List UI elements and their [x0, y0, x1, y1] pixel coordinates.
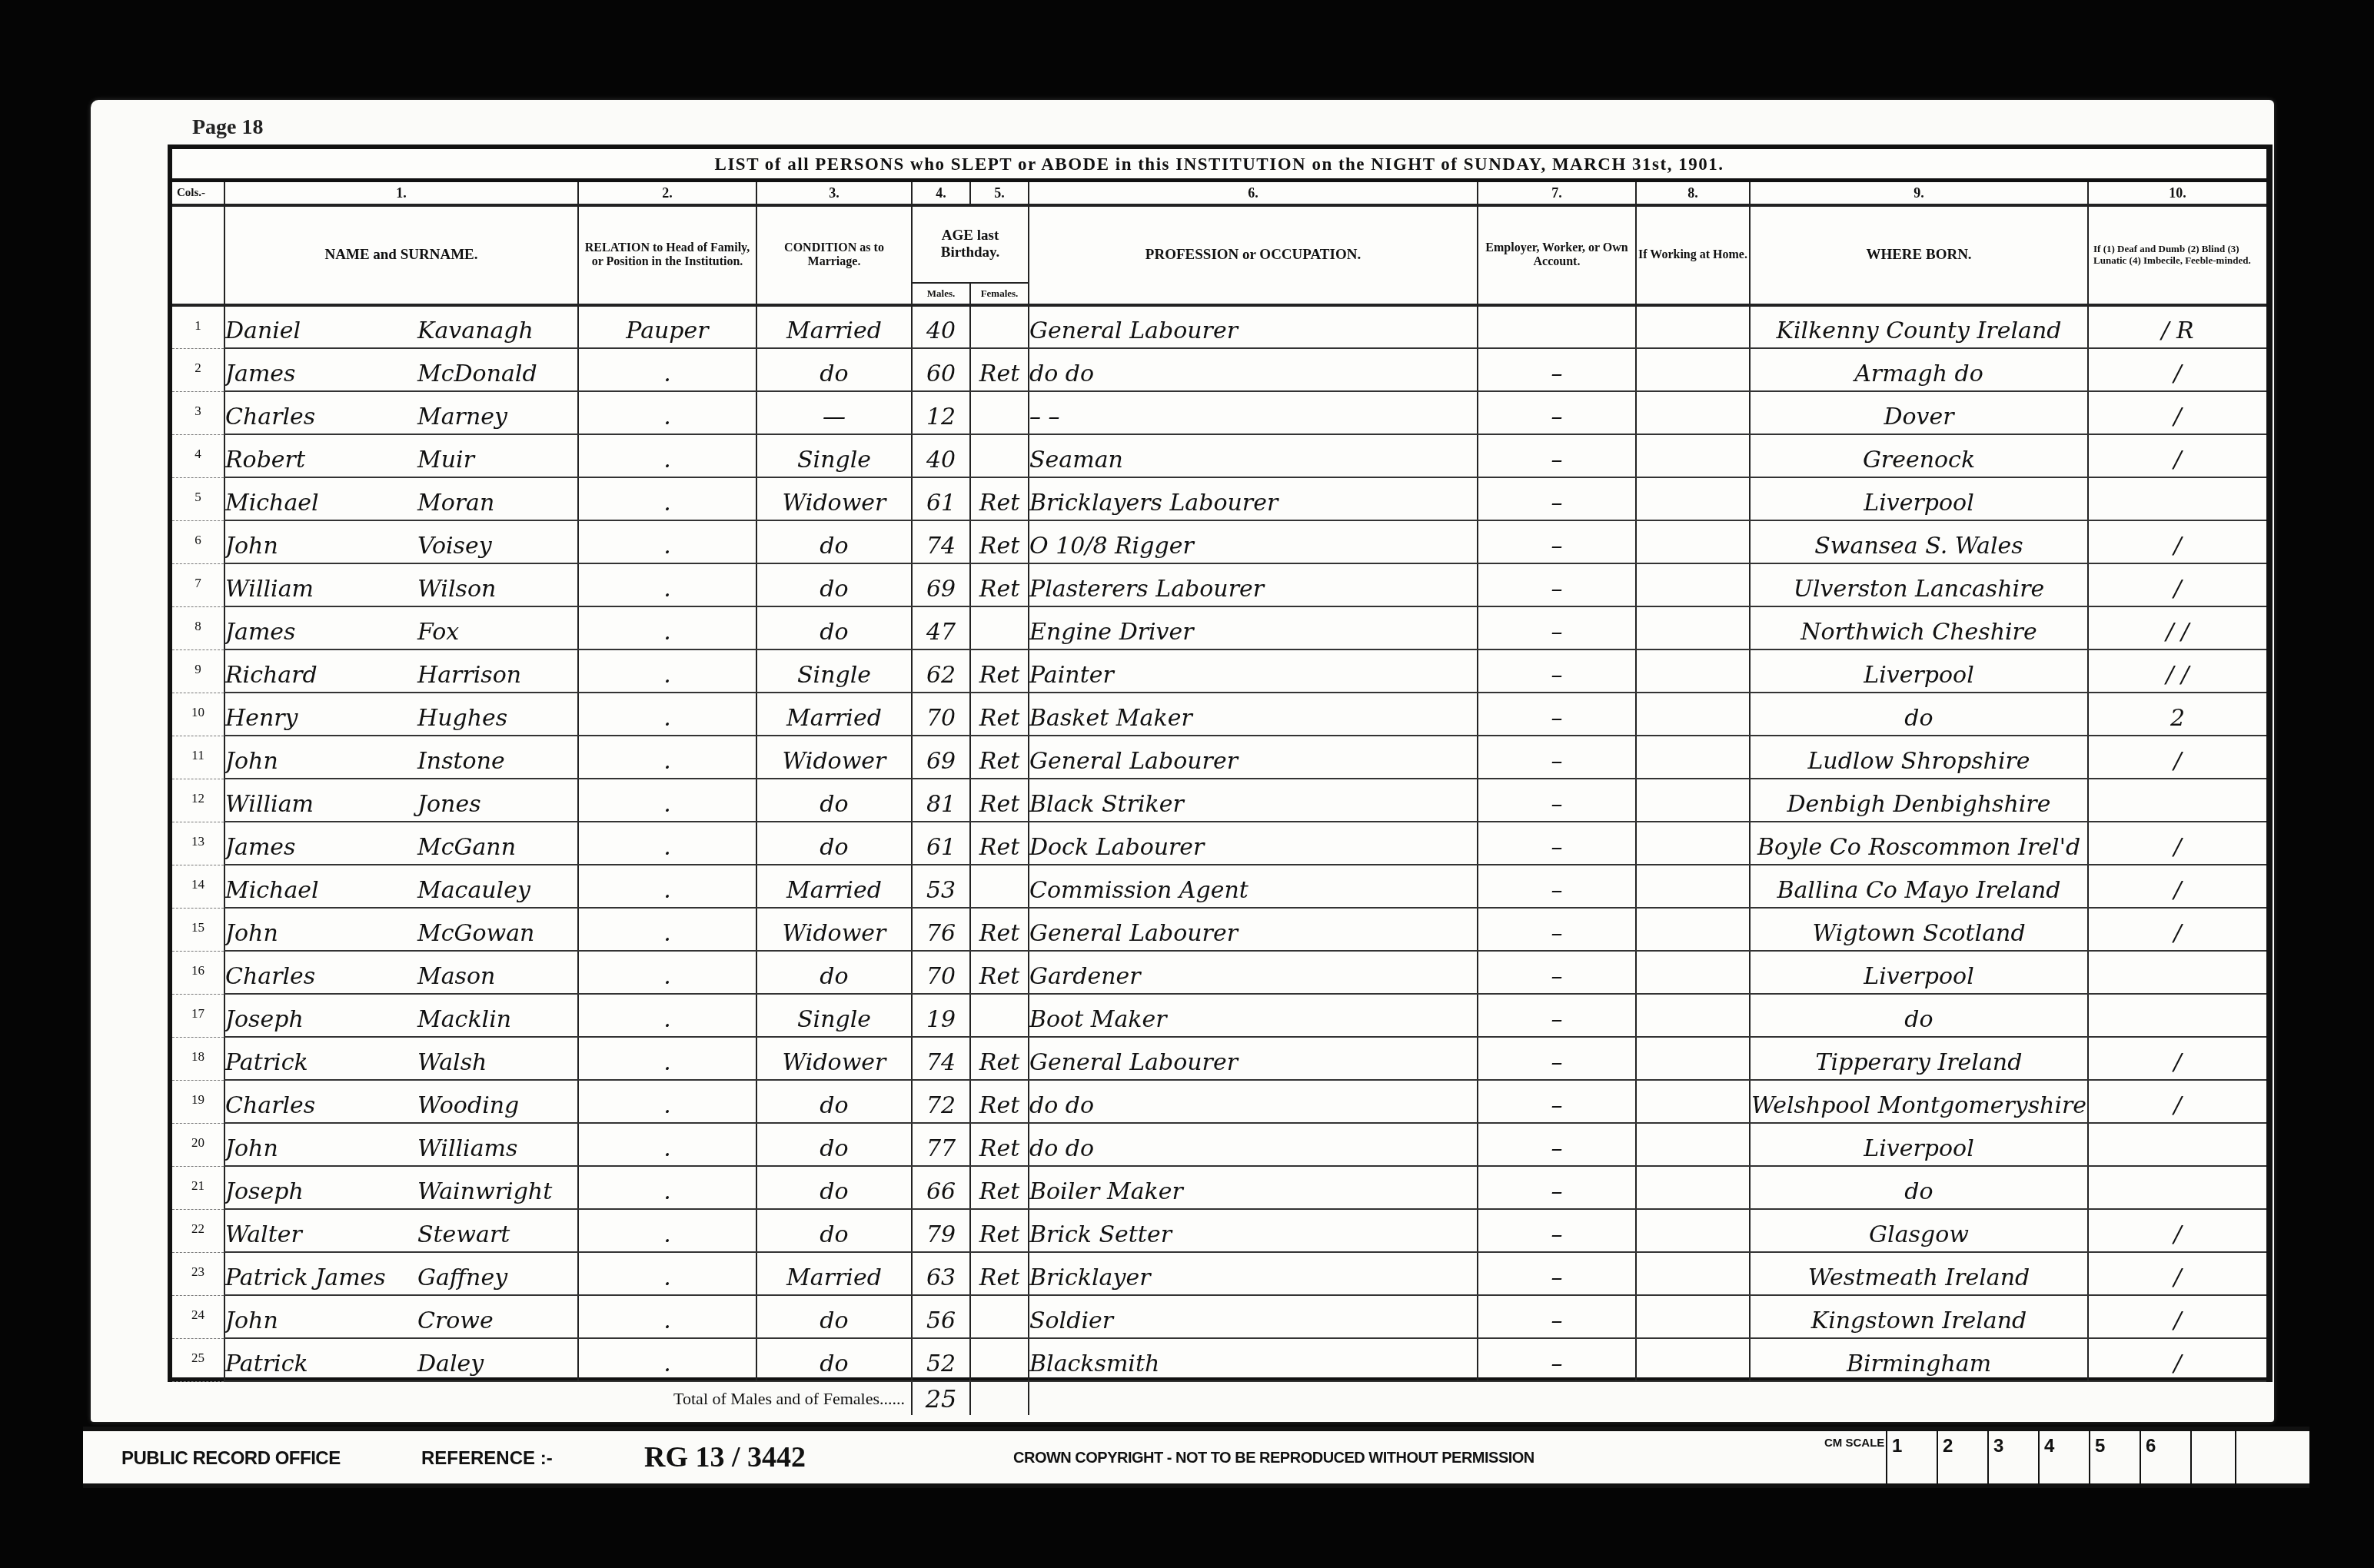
surname: Kavanagh [417, 317, 534, 344]
relation: . [578, 693, 756, 736]
relation: . [578, 563, 756, 606]
person-name: PatrickWalsh [224, 1037, 578, 1080]
relation: . [578, 822, 756, 865]
surname: Gaffney [417, 1264, 507, 1291]
relation: . [578, 1209, 756, 1252]
relation: . [578, 736, 756, 779]
where-born: Boyle Co Roscommon Irel'd [1750, 822, 2088, 865]
working-at-home [1636, 1209, 1750, 1252]
row-number: 2 [172, 348, 224, 391]
employer-status: – [1478, 563, 1636, 606]
first-name: John [225, 748, 417, 775]
cols-label: Cols.- [172, 182, 224, 205]
age-male: 74 [912, 520, 970, 563]
relation: Pauper [578, 305, 756, 348]
infirmity: / [2088, 1080, 2266, 1123]
age-male: 53 [912, 865, 970, 908]
census-row: 4 RobertMuir . Single 40 Seaman – Greeno… [172, 434, 2266, 477]
infirmity: / [2088, 520, 2266, 563]
where-born: do [1750, 693, 2088, 736]
row-number: 19 [172, 1080, 224, 1123]
first-name: Robert [225, 447, 417, 473]
surname: Moran [417, 490, 494, 517]
marital-condition: do [756, 1166, 912, 1209]
employer-status: – [1478, 951, 1636, 994]
person-name: JamesFox [224, 606, 578, 649]
cm-scale-label: CM SCALE [1824, 1437, 1884, 1450]
where-born: Liverpool [1750, 477, 2088, 520]
row-number: 23 [172, 1252, 224, 1295]
header-occupation: PROFESSION or OCCUPATION. [1029, 205, 1478, 305]
row-number: 6 [172, 520, 224, 563]
header-where-born: WHERE BORN. [1750, 205, 2088, 305]
working-at-home [1636, 1080, 1750, 1123]
census-row: 10 HenryHughes . Married 70 Ret Basket M… [172, 693, 2266, 736]
where-born: Greenock [1750, 434, 2088, 477]
row-number: 10 [172, 693, 224, 736]
scale-mark: 5 [2089, 1431, 2140, 1483]
person-name: MichaelMoran [224, 477, 578, 520]
employer-status: – [1478, 649, 1636, 693]
working-at-home [1636, 520, 1750, 563]
row-number: 21 [172, 1166, 224, 1209]
age-male: 52 [912, 1338, 970, 1381]
person-name: Patrick JamesGaffney [224, 1252, 578, 1295]
marital-condition: Single [756, 649, 912, 693]
census-row: 13 JamesMcGann . do 61 Ret Dock Labourer… [172, 822, 2266, 865]
census-row: 16 CharlesMason . do 70 Ret Gardener – L… [172, 951, 2266, 994]
census-rows: 1 DanielKavanagh Pauper Married 40 Gener… [172, 305, 2266, 1415]
infirmity: / [2088, 1295, 2266, 1338]
marital-condition: do [756, 1123, 912, 1166]
marital-condition: Widower [756, 477, 912, 520]
occupation: Dock Labourer [1029, 822, 1478, 865]
person-name: JamesMcDonald [224, 348, 578, 391]
where-born: do [1750, 994, 2088, 1037]
age-male: 40 [912, 434, 970, 477]
age-male: 19 [912, 994, 970, 1037]
infirmity: / [2088, 908, 2266, 951]
age-female-col [970, 1338, 1029, 1381]
first-name: John [225, 920, 417, 947]
census-row: 20 JohnWilliams . do 77 Ret do do – Live… [172, 1123, 2266, 1166]
age-male: 77 [912, 1123, 970, 1166]
occupation: Bricklayers Labourer [1029, 477, 1478, 520]
employer-status: – [1478, 693, 1636, 736]
occupation: Engine Driver [1029, 606, 1478, 649]
first-name: Richard [225, 662, 417, 689]
person-name: WilliamJones [224, 779, 578, 822]
person-name: CharlesMason [224, 951, 578, 994]
marital-condition: do [756, 563, 912, 606]
relation: . [578, 1166, 756, 1209]
age-female-col: Ret [970, 1080, 1029, 1123]
age-female-col: Ret [970, 1252, 1029, 1295]
working-at-home [1636, 391, 1750, 434]
marital-condition: do [756, 1209, 912, 1252]
relation: . [578, 520, 756, 563]
scale-mark: 1 [1886, 1431, 1937, 1483]
age-female-col: Ret [970, 477, 1029, 520]
person-name: JosephMacklin [224, 994, 578, 1037]
age-female-col: Ret [970, 951, 1029, 994]
col-number: 1. [224, 182, 578, 205]
occupation: General Labourer [1029, 736, 1478, 779]
working-at-home [1636, 563, 1750, 606]
employer-status: – [1478, 908, 1636, 951]
working-at-home [1636, 348, 1750, 391]
census-sheet: LIST of all PERSONS who SLEPT or ABODE i… [168, 145, 2273, 1382]
surname: Stewart [417, 1221, 510, 1248]
row-number: 16 [172, 951, 224, 994]
census-row: 19 CharlesWooding . do 72 Ret do do – We… [172, 1080, 2266, 1123]
row-number: 3 [172, 391, 224, 434]
first-name: Henry [225, 705, 417, 732]
row-number: 13 [172, 822, 224, 865]
relation: . [578, 1080, 756, 1123]
census-row: 2 JamesMcDonald . do 60 Ret do do – Arma… [172, 348, 2266, 391]
infirmity: / [2088, 822, 2266, 865]
marital-condition: Widower [756, 736, 912, 779]
first-name: William [225, 576, 417, 603]
working-at-home [1636, 951, 1750, 994]
relation: . [578, 994, 756, 1037]
age-male: 79 [912, 1209, 970, 1252]
where-born: Dover [1750, 391, 2088, 434]
employer-status: – [1478, 348, 1636, 391]
marital-condition: Married [756, 305, 912, 348]
age-male: 62 [912, 649, 970, 693]
infirmity [2088, 994, 2266, 1037]
census-row: 25 PatrickDaley . do 52 Blacksmith – Bir… [172, 1338, 2266, 1381]
col-number: 4. [912, 182, 970, 205]
row-number-header [172, 205, 224, 305]
employer-status: – [1478, 520, 1636, 563]
where-born: Armagh do [1750, 348, 2088, 391]
employer-status: – [1478, 1080, 1636, 1123]
marital-condition: Married [756, 865, 912, 908]
person-name: DanielKavanagh [224, 305, 578, 348]
surname: Harrison [417, 662, 521, 689]
occupation: Soldier [1029, 1295, 1478, 1338]
age-female-col: Ret [970, 779, 1029, 822]
person-name: WilliamWilson [224, 563, 578, 606]
working-at-home [1636, 606, 1750, 649]
first-name: John [225, 1135, 417, 1162]
relation: . [578, 779, 756, 822]
census-row: 9 RichardHarrison . Single 62 Ret Painte… [172, 649, 2266, 693]
person-name: JamesMcGann [224, 822, 578, 865]
total-row: Total of Males and of Females......25 [172, 1381, 2266, 1415]
first-name: James [225, 834, 417, 861]
age-male: 47 [912, 606, 970, 649]
where-born: Ballina Co Mayo Ireland [1750, 865, 2088, 908]
infirmity: / [2088, 1252, 2266, 1295]
first-name: Patrick [225, 1350, 417, 1377]
surname: McDonald [417, 360, 537, 387]
first-name: Michael [225, 490, 417, 517]
total-spacer [1029, 1381, 2266, 1415]
reference-number: RG 13 / 3442 [644, 1440, 806, 1474]
archive-footer: PUBLIC RECORD OFFICE REFERENCE :- RG 13 … [83, 1427, 2309, 1488]
age-male: 70 [912, 693, 970, 736]
where-born: Kingstown Ireland [1750, 1295, 2088, 1338]
where-born: Liverpool [1750, 1123, 2088, 1166]
relation: . [578, 348, 756, 391]
marital-condition: do [756, 822, 912, 865]
where-born: Northwich Cheshire [1750, 606, 2088, 649]
age-female-col [970, 391, 1029, 434]
marital-condition: do [756, 1080, 912, 1123]
person-name: WalterStewart [224, 1209, 578, 1252]
relation: . [578, 908, 756, 951]
person-name: RobertMuir [224, 434, 578, 477]
col-number: 10. [2088, 182, 2266, 205]
column-number-row: Cols.- 1. 2. 3. 4. 5. 6. 7. 8. 9. 10. [172, 182, 2266, 205]
person-name: CharlesWooding [224, 1080, 578, 1123]
employer-status: – [1478, 1209, 1636, 1252]
employer-status: – [1478, 391, 1636, 434]
where-born: Westmeath Ireland [1750, 1252, 2088, 1295]
census-row: 22 WalterStewart . do 79 Ret Brick Sette… [172, 1209, 2266, 1252]
relation: . [578, 649, 756, 693]
col-number: 9. [1750, 182, 2088, 205]
infirmity: / [2088, 736, 2266, 779]
census-table: Cols.- 1. 2. 3. 4. 5. 6. 7. 8. 9. 10. NA… [172, 182, 2266, 1415]
occupation: Boiler Maker [1029, 1166, 1478, 1209]
working-at-home [1636, 1338, 1750, 1381]
surname: Instone [417, 748, 505, 775]
row-number: 1 [172, 305, 224, 348]
first-name: William [225, 791, 417, 818]
relation: . [578, 1123, 756, 1166]
page-number: Page 18 [192, 115, 264, 140]
surname: Wooding [417, 1092, 519, 1119]
occupation: General Labourer [1029, 305, 1478, 348]
first-name: Patrick James [225, 1264, 417, 1291]
age-female-col: Ret [970, 822, 1029, 865]
row-number: 18 [172, 1037, 224, 1080]
infirmity: / [2088, 1338, 2266, 1381]
infirmity: / [2088, 391, 2266, 434]
person-name: MichaelMacauley [224, 865, 578, 908]
employer-status: – [1478, 736, 1636, 779]
age-female-col: Ret [970, 649, 1029, 693]
surname: Voisey [417, 533, 492, 560]
where-born: Liverpool [1750, 649, 2088, 693]
age-male: 61 [912, 822, 970, 865]
first-name: Walter [225, 1221, 417, 1248]
relation: . [578, 1295, 756, 1338]
where-born: Ludlow Shropshire [1750, 736, 2088, 779]
surname: Crowe [417, 1307, 494, 1334]
working-at-home [1636, 1037, 1750, 1080]
total-females [970, 1381, 1029, 1415]
marital-condition: Married [756, 693, 912, 736]
first-name: Charles [225, 1092, 417, 1119]
row-number: 7 [172, 563, 224, 606]
relation: . [578, 1037, 756, 1080]
census-row: 18 PatrickWalsh . Widower 74 Ret General… [172, 1037, 2266, 1080]
employer-status: – [1478, 865, 1636, 908]
employer-status: – [1478, 477, 1636, 520]
row-number: 22 [172, 1209, 224, 1252]
age-female-col [970, 1295, 1029, 1338]
where-born: do [1750, 1166, 2088, 1209]
marital-condition: Single [756, 434, 912, 477]
employer-status: – [1478, 1166, 1636, 1209]
age-female-col: Ret [970, 1166, 1029, 1209]
person-name: RichardHarrison [224, 649, 578, 693]
infirmity: / / [2088, 606, 2266, 649]
age-female-col [970, 865, 1029, 908]
row-number: 15 [172, 908, 224, 951]
cm-scale: 1 2 3 4 5 6 [1886, 1431, 2236, 1483]
working-at-home [1636, 779, 1750, 822]
age-female-col [970, 305, 1029, 348]
header-age-males: Males. [913, 284, 969, 304]
column-header-row: NAME and SURNAME. RELATION to Head of Fa… [172, 205, 2266, 305]
working-at-home [1636, 1166, 1750, 1209]
census-row: 21 JosephWainwright . do 66 Ret Boiler M… [172, 1166, 2266, 1209]
infirmity: / / [2088, 649, 2266, 693]
occupation: Black Striker [1029, 779, 1478, 822]
relation: . [578, 1338, 756, 1381]
scale-mark: 2 [1937, 1431, 1987, 1483]
where-born: Liverpool [1750, 951, 2088, 994]
age-male: 56 [912, 1295, 970, 1338]
first-name: James [225, 619, 417, 646]
working-at-home [1636, 1295, 1750, 1338]
marital-condition: Widower [756, 1037, 912, 1080]
person-name: PatrickDaley [224, 1338, 578, 1381]
infirmity: / R [2088, 305, 2266, 348]
working-at-home [1636, 1252, 1750, 1295]
first-name: Patrick [225, 1049, 417, 1076]
employer-status: – [1478, 1037, 1636, 1080]
census-row: 24 JohnCrowe . do 56 Soldier – Kingstown… [172, 1295, 2266, 1338]
census-row: 11 JohnInstone . Widower 69 Ret General … [172, 736, 2266, 779]
where-born: Welshpool Montgomeryshire [1750, 1080, 2088, 1123]
age-male: 61 [912, 477, 970, 520]
relation: . [578, 391, 756, 434]
where-born: Tipperary Ireland [1750, 1037, 2088, 1080]
occupation: Basket Maker [1029, 693, 1478, 736]
census-row: 12 WilliamJones . do 81 Ret Black Strike… [172, 779, 2266, 822]
sheet-title: LIST of all PERSONS who SLEPT or ABODE i… [172, 149, 2266, 182]
working-at-home [1636, 693, 1750, 736]
scale-mark: 6 [2140, 1431, 2190, 1483]
col-number: 5. [970, 182, 1029, 205]
infirmity: / [2088, 1209, 2266, 1252]
employer-status: – [1478, 1338, 1636, 1381]
age-female-col: Ret [970, 736, 1029, 779]
marital-condition: do [756, 348, 912, 391]
census-row: 17 JosephMacklin . Single 19 Boot Maker … [172, 994, 2266, 1037]
row-number: 17 [172, 994, 224, 1037]
age-female-col: Ret [970, 520, 1029, 563]
age-female-col: Ret [970, 693, 1029, 736]
col-number: 3. [756, 182, 912, 205]
age-female-col: Ret [970, 1123, 1029, 1166]
col-number: 7. [1478, 182, 1636, 205]
occupation: Brick Setter [1029, 1209, 1478, 1252]
infirmity [2088, 1166, 2266, 1209]
age-male: 72 [912, 1080, 970, 1123]
header-infirmity: If (1) Deaf and Dumb (2) Blind (3) Lunat… [2088, 205, 2266, 305]
person-name: JohnWilliams [224, 1123, 578, 1166]
occupation: Gardener [1029, 951, 1478, 994]
reference-label: REFERENCE :- [421, 1448, 553, 1470]
marital-condition: — [756, 391, 912, 434]
working-at-home [1636, 908, 1750, 951]
occupation: Blacksmith [1029, 1338, 1478, 1381]
marital-condition: do [756, 520, 912, 563]
working-at-home [1636, 477, 1750, 520]
surname: McGann [417, 834, 516, 861]
age-male: 70 [912, 951, 970, 994]
marital-condition: Single [756, 994, 912, 1037]
where-born: Swansea S. Wales [1750, 520, 2088, 563]
relation: . [578, 477, 756, 520]
scale-mark [2190, 1431, 2236, 1483]
relation: . [578, 434, 756, 477]
infirmity [2088, 779, 2266, 822]
row-number: 5 [172, 477, 224, 520]
first-name: James [225, 360, 417, 387]
infirmity [2088, 1123, 2266, 1166]
first-name: Charles [225, 963, 417, 990]
marital-condition: Widower [756, 908, 912, 951]
relation: . [578, 951, 756, 994]
scale-mark: 3 [1987, 1431, 2038, 1483]
census-row: 1 DanielKavanagh Pauper Married 40 Gener… [172, 305, 2266, 348]
surname: Jones [417, 791, 481, 818]
first-name: Michael [225, 877, 417, 904]
age-female-col: Ret [970, 563, 1029, 606]
age-male: 12 [912, 391, 970, 434]
occupation: O 10/8 Rigger [1029, 520, 1478, 563]
surname: Muir [417, 447, 474, 473]
occupation: General Labourer [1029, 908, 1478, 951]
row-number: 25 [172, 1338, 224, 1381]
surname: Wainwright [417, 1178, 552, 1205]
working-at-home [1636, 994, 1750, 1037]
age-male: 40 [912, 305, 970, 348]
infirmity: / [2088, 865, 2266, 908]
surname: McGowan [417, 920, 534, 947]
working-at-home [1636, 305, 1750, 348]
where-born: Glasgow [1750, 1209, 2088, 1252]
census-row: 5 MichaelMoran . Widower 61 Ret Bricklay… [172, 477, 2266, 520]
marital-condition: do [756, 1338, 912, 1381]
person-name: JohnMcGowan [224, 908, 578, 951]
age-female-col: Ret [970, 908, 1029, 951]
header-age-label: AGE last Birthday. [913, 207, 1028, 282]
marital-condition: Married [756, 1252, 912, 1295]
infirmity [2088, 477, 2266, 520]
col-number: 2. [578, 182, 756, 205]
age-male: 69 [912, 736, 970, 779]
occupation: do do [1029, 348, 1478, 391]
infirmity: / [2088, 563, 2266, 606]
person-name: HenryHughes [224, 693, 578, 736]
surname: Wilson [417, 576, 496, 603]
census-row: 23 Patrick JamesGaffney . Married 63 Ret… [172, 1252, 2266, 1295]
working-at-home [1636, 649, 1750, 693]
age-male: 66 [912, 1166, 970, 1209]
header-at-home: If Working at Home. [1636, 205, 1750, 305]
